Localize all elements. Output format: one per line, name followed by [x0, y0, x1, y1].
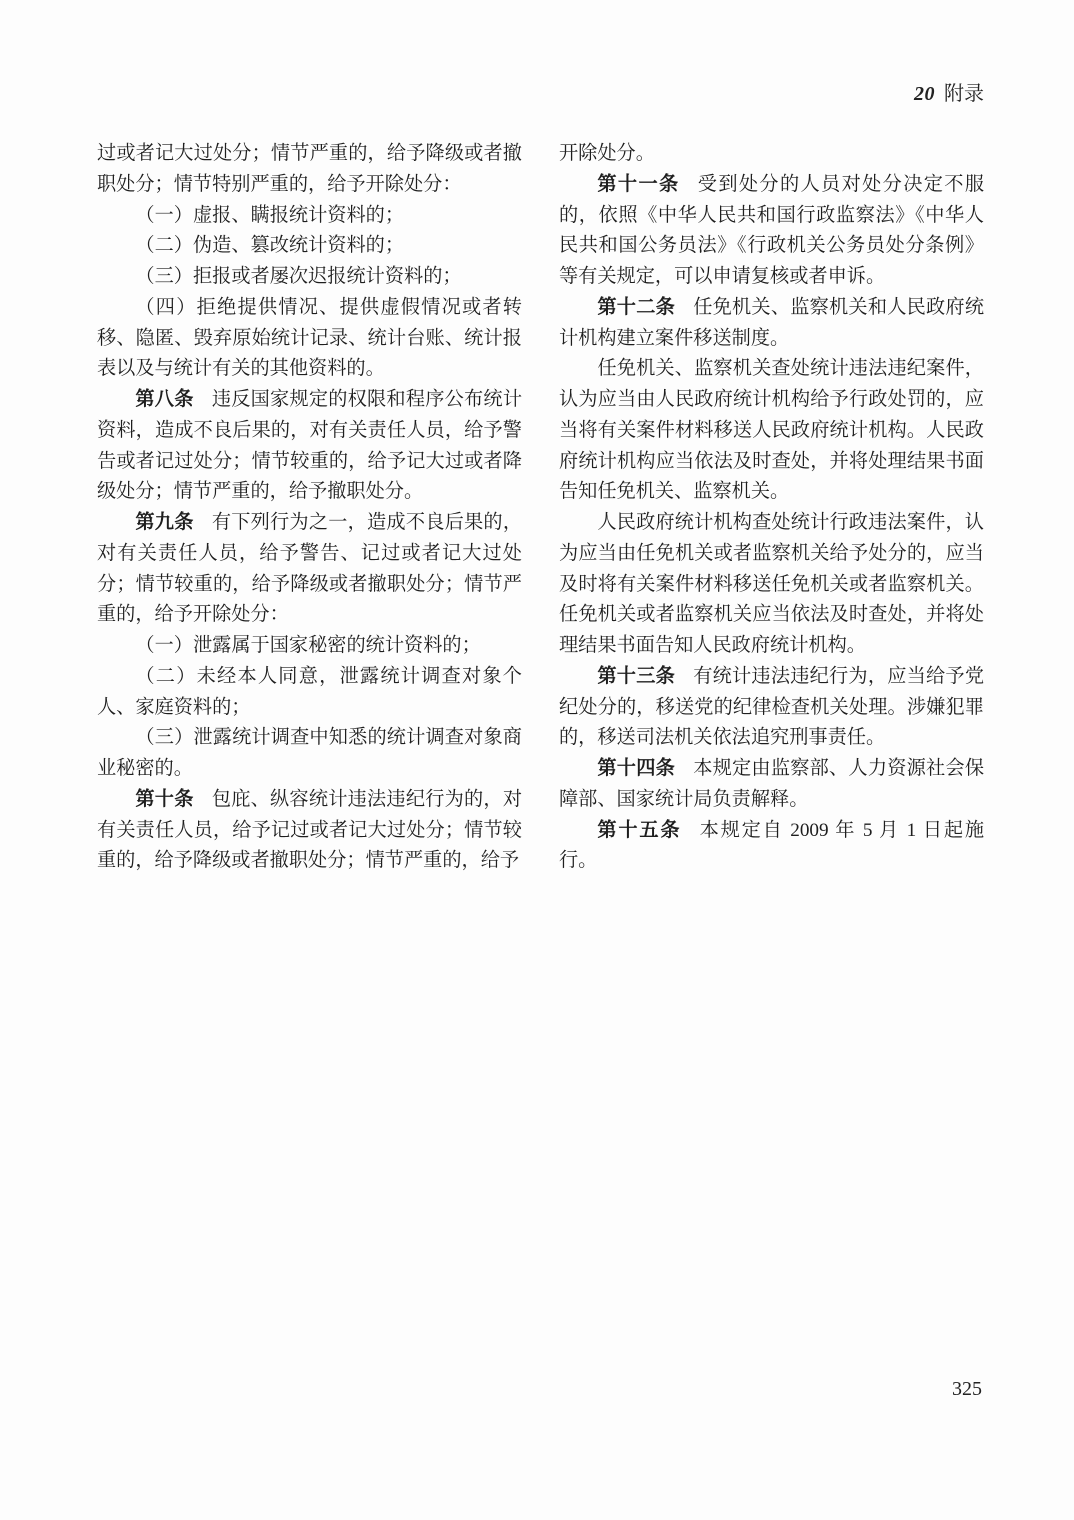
list-item: （二）伪造、篡改统计资料的；	[97, 231, 522, 262]
left-column: 过或者记大过处分；情节严重的，给予降级或者撤职处分；情节特别严重的，给予开除处分…	[97, 139, 522, 877]
list-item: （三）拒报或者屡次迟报统计资料的；	[97, 262, 522, 293]
article-clause: 第十一条受到处分的人员对处分决定不服的，依照《中华人民共和国行政监察法》《中华人…	[559, 170, 984, 293]
continuation-paragraph: 开除处分。	[559, 139, 984, 170]
page-number: 325	[952, 1378, 982, 1400]
article-clause: 第十五条本规定自 2009 年 5 月 1 日起施行。	[559, 816, 984, 878]
list-item: （一）虚报、瞒报统计资料的；	[97, 201, 522, 232]
two-column-text: 过或者记大过处分；情节严重的，给予降级或者撤职处分；情节特别严重的，给予开除处分…	[97, 139, 985, 877]
article-number: 第十五条	[597, 820, 681, 841]
chapter-title: 附录	[944, 83, 984, 105]
article-clause: 第十四条本规定由监察部、人力资源社会保障部、国家统计局负责解释。	[559, 754, 984, 816]
page-footer: 325	[952, 1378, 982, 1401]
list-item: （二）未经本人同意，泄露统计调查对象个人、家庭资料的；	[97, 662, 522, 724]
article-number: 第十四条	[597, 758, 675, 779]
article-number: 第十一条	[597, 174, 679, 195]
article-clause: 第十三条有统计违法违纪行为，应当给予党纪处分的，移送党的纪律检查机关处理。涉嫌犯…	[559, 662, 984, 754]
article-number: 第九条	[135, 512, 193, 533]
document-page: 20附录 过或者记大过处分；情节严重的，给予降级或者撤职处分；情节特别严重的，给…	[0, 0, 1074, 1520]
article-clause: 第十二条任免机关、监察机关和人民政府统计机构建立案件移送制度。	[559, 293, 984, 355]
article-number: 第十二条	[597, 297, 675, 318]
article-clause: 第九条有下列行为之一，造成不良后果的，对有关责任人员，给予警告、记过或者记大过处…	[97, 508, 522, 631]
body-paragraph: 人民政府统计机构查处统计行政违法案件，认为应当由任免机关或者监察机关给予处分的，…	[559, 508, 984, 662]
list-item: （一）泄露属于国家秘密的统计资料的；	[97, 631, 522, 662]
article-number: 第十条	[135, 789, 193, 810]
right-column: 开除处分。 第十一条受到处分的人员对处分决定不服的，依照《中华人民共和国行政监察…	[559, 139, 984, 877]
article-clause: 第八条违反国家规定的权限和程序公布统计资料，造成不良后果的，对有关责任人员，给予…	[97, 385, 522, 508]
article-number: 第八条	[135, 389, 193, 410]
article-clause: 第十条包庇、纵容统计违法违纪行为的，对有关责任人员，给予记过或者记大过处分；情节…	[97, 785, 522, 877]
continuation-paragraph: 过或者记大过处分；情节严重的，给予降级或者撤职处分；情节特别严重的，给予开除处分…	[97, 139, 522, 201]
chapter-number: 20	[914, 83, 935, 105]
list-item: （四）拒绝提供情况、提供虚假情况或者转移、隐匿、毁弃原始统计记录、统计台账、统计…	[97, 293, 522, 385]
list-item: （三）泄露统计调查中知悉的统计调查对象商业秘密的。	[97, 723, 522, 785]
body-paragraph: 任免机关、监察机关查处统计违法违纪案件，认为应当由人民政府统计机构给予行政处罚的…	[559, 354, 984, 508]
article-number: 第十三条	[597, 666, 675, 687]
page-header: 20附录	[914, 82, 984, 106]
